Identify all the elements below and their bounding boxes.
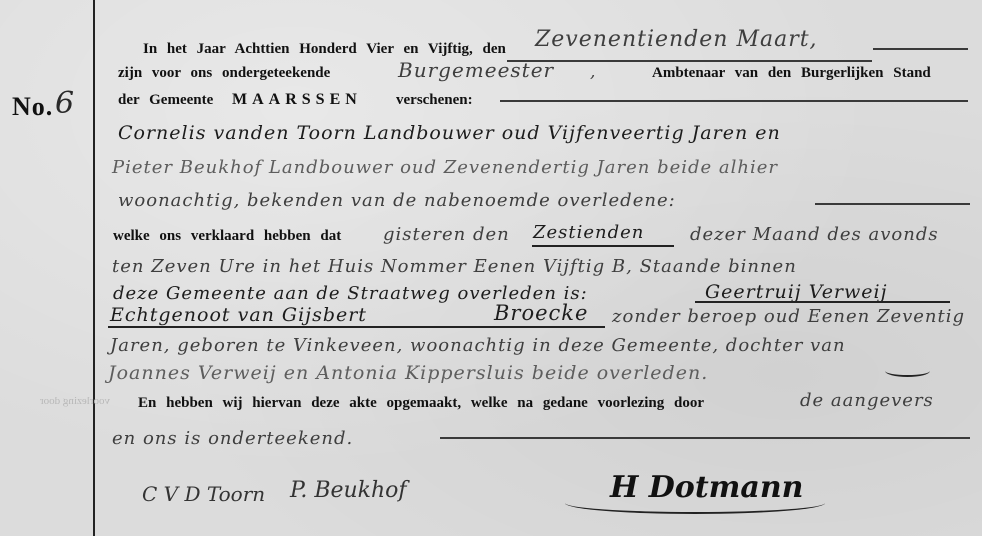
declarant-1-handwritten: Cornelis vanden Toorn Landbouwer oud Vij… [118,122,781,144]
declarant-2-handwritten: Pieter Beukhof Landbouwer oud Zevenender… [112,157,778,178]
record-number-value: 6 [55,86,74,121]
officials-printed-text: zijn voor ons ondergeteekende [118,65,330,82]
date-handwritten: Zevenentienden Maart, [535,27,818,52]
parents-handwritten: Joannes Verweij en Antonia Kippersluis b… [108,362,708,384]
spouse-handwritten: Echtgenoot van Gijsbert [110,304,367,326]
fill-line [440,437,970,439]
time-place-handwritten: ten Zeven Ure in het Huis Nommer Eenen V… [112,256,797,277]
fill-line [873,48,968,50]
readers-handwritten: de aangevers [800,390,934,411]
date-underline [507,60,872,62]
municipality-name: MAARSSEN [232,91,362,109]
spouse-underline [108,326,605,328]
signature-flourish [565,492,825,514]
month-time-handwritten: dezer Maand des avonds [690,224,939,245]
intro-printed-text: In het Jaar Achttien Honderd Vier en Vij… [143,41,506,58]
fill-line [815,203,970,205]
appeared-text: verschenen: [396,92,473,109]
day-handwritten: gisteren den [383,224,510,245]
margin-rule [93,0,95,536]
birthplace-handwritten: Jaren, geboren te Vinkeveen, woonachtig … [110,335,846,356]
deceased-name-handwritten: Geertruij Verweij [705,281,888,303]
signature-witness-1: C V D Toorn [142,482,265,506]
official-title-handwritten: Burgemeester [398,58,554,82]
comma: , [590,62,596,82]
municipality-prefix: der Gemeente [118,92,213,109]
occupation-age-handwritten: zonder beroep oud Eenen Zeventig [612,306,965,327]
deceased-name-underline [695,301,950,303]
show-through-text: voorlezing door [40,395,110,407]
residence-handwritten: woonachtig, bekenden van de nabenoemde o… [118,190,676,211]
signed-handwritten: en ons is onderteekend. [112,428,353,449]
registrar-title-printed: Ambtenaar van den Burgerlijken Stand [652,65,931,82]
closing-printed-text: En hebben wij hiervan deze akte opgemaak… [138,395,704,412]
spouse-surname-handwritten: Broecke [494,301,588,325]
fill-line [500,100,968,102]
death-date-handwritten: Zestienden [533,222,644,243]
signature-witness-2: P. Beukhof [290,478,407,503]
flourish [885,365,930,377]
record-number-label: No. [12,92,53,122]
declared-printed-text: welke ons verklaard hebben dat [113,228,341,245]
death-date-underline [532,245,674,247]
